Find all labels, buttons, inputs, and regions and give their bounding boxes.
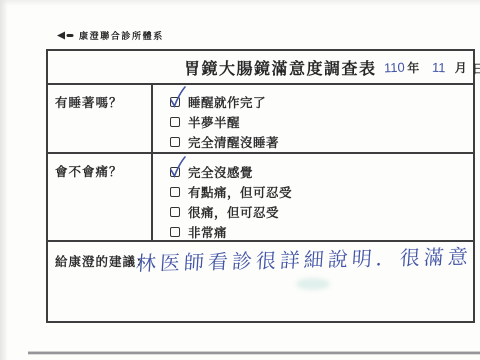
option-row: 完全沒感覺 xyxy=(170,162,473,182)
option-label: 很痛，但可忍受 xyxy=(188,203,279,221)
day-unit-label: 日 xyxy=(472,60,480,77)
clinic-logo-text: 康澄聯合診所體系 xyxy=(79,29,164,42)
option-label: 完全沒感覺 xyxy=(188,163,253,181)
question-row-pain: 會不會痛？ 完全沒感覺 有點痛，但可忍受 很痛，但可 xyxy=(48,154,473,242)
title-row: 胃鏡大腸鏡滿意度調查表 110 年 11 月 4 日 xyxy=(48,51,473,85)
answer-cell: 完全沒感覺 有點痛，但可忍受 很痛，但可忍受 非常痛 xyxy=(153,154,473,240)
clinic-logo-icon xyxy=(57,31,74,40)
checkbox-icon xyxy=(170,187,180,197)
scanner-edge-line xyxy=(28,352,480,354)
suggestion-handwriting: 林医師看診很詳細說明．很滿意 xyxy=(135,240,473,276)
clinic-logo: 康澄聯合診所體系 xyxy=(57,29,164,42)
option-row: 很痛，但可忍受 xyxy=(170,202,473,222)
option-label: 非常痛 xyxy=(188,223,227,241)
option-label: 完全清醒沒睡著 xyxy=(188,133,279,151)
option-label: 有點痛，但可忍受 xyxy=(188,183,292,201)
option-label: 睡醒就作完了 xyxy=(188,93,266,111)
year-unit-label: 年 xyxy=(407,59,419,76)
option-row: 睡醒就作完了 xyxy=(170,92,473,112)
checkbox-icon xyxy=(170,227,180,237)
question-label: 有睡著嗎？ xyxy=(55,96,123,110)
option-row: 非常痛 xyxy=(170,222,473,242)
checkmark-icon xyxy=(167,86,188,111)
question-row-sleep: 有睡著嗎？ 睡醒就作完了 半夢半醒 完全清醒沒睡著 xyxy=(48,85,473,154)
question-cell: 有睡著嗎？ xyxy=(48,85,153,152)
option-row: 有點痛，但可忍受 xyxy=(170,182,473,202)
handwritten-month: 11 xyxy=(432,59,446,74)
checkmark-icon xyxy=(167,156,188,181)
option-label: 半夢半醒 xyxy=(188,113,240,131)
scanned-survey-form: 康澄聯合診所體系 胃鏡大腸鏡滿意度調查表 110 年 11 月 4 日 有睡著嗎… xyxy=(0,0,480,360)
handwritten-year: 110 xyxy=(383,59,404,75)
checkbox-icon xyxy=(170,167,180,177)
form-title: 胃鏡大腸鏡滿意度調查表 xyxy=(184,56,377,79)
answer-cell: 睡醒就作完了 半夢半醒 完全清醒沒睡著 xyxy=(153,85,473,152)
scan-edge-left xyxy=(0,0,8,360)
option-row: 半夢半醒 xyxy=(170,112,473,132)
month-unit-label: 月 xyxy=(455,59,467,76)
suggestion-row: 給康澄的建議： 林医師看診很詳細說明．很滿意 xyxy=(48,242,473,321)
question-cell: 會不會痛？ xyxy=(48,154,153,240)
survey-table: 胃鏡大腸鏡滿意度調查表 110 年 11 月 4 日 有睡著嗎？ 睡醒就作完了 xyxy=(46,49,475,323)
checkbox-icon xyxy=(170,137,180,147)
checkbox-icon xyxy=(170,117,180,127)
scan-edge-top xyxy=(0,0,480,6)
checkbox-icon xyxy=(170,207,180,217)
option-row: 完全清醒沒睡著 xyxy=(170,132,473,152)
checkbox-icon xyxy=(170,97,180,107)
question-label: 會不會痛？ xyxy=(55,165,123,179)
